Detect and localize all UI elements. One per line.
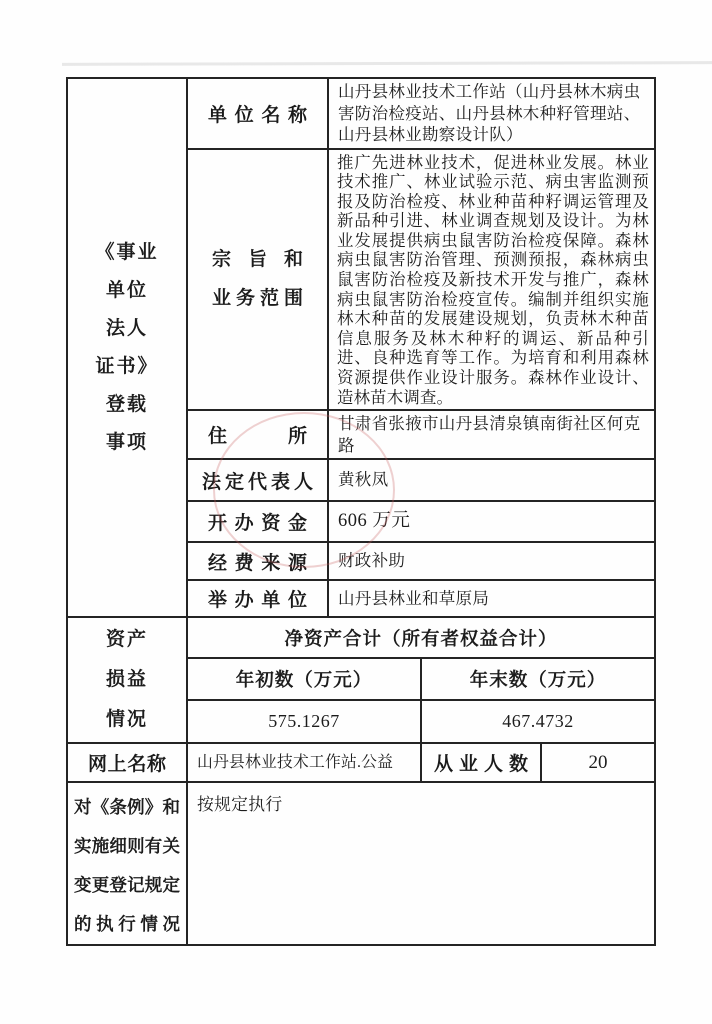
cert-section-label: 《事业 单位 法人 证书》 登载 事项	[67, 78, 187, 617]
registration-form-table: 《事业 单位 法人 证书》 登载 事项 单位名称 山丹县林业技术工作站（山丹县林…	[66, 77, 656, 946]
online-name-value: 山丹县林业技术工作站.公益	[187, 743, 421, 782]
compliance-label-line: 对《条例》和	[74, 788, 180, 827]
mission-label-line1: 宗旨和	[212, 240, 303, 279]
mission-label-line2: 业务范围	[212, 279, 303, 318]
cert-label-line: 事项	[68, 424, 186, 462]
legal-rep-value: 黄秋凤	[328, 459, 655, 501]
year-end-header: 年末数（万元）	[421, 658, 655, 700]
year-end-value: 467.4732	[421, 700, 655, 743]
unit-name-label: 单位名称	[187, 78, 328, 149]
net-assets-header: 净资产合计（所有者权益合计）	[187, 617, 655, 658]
mission-label: 宗旨和 业务范围	[187, 149, 328, 411]
address-value: 甘肃省张掖市山丹县清泉镇南街社区何克路	[328, 410, 655, 459]
funding-label: 经费来源	[187, 542, 328, 580]
legal-rep-label: 法定代表人	[187, 459, 328, 501]
year-begin-value: 575.1267	[187, 700, 421, 743]
compliance-value: 按规定执行	[187, 782, 655, 945]
compliance-section-label: 对《条例》和 实施细则有关 变更登记规定 的执行情况	[67, 782, 187, 945]
compliance-label-line: 的执行情况	[74, 905, 180, 944]
assets-label-line: 损益	[68, 660, 186, 700]
sponsor-value: 山丹县林业和草原局	[328, 580, 655, 617]
unit-name-value: 山丹县林业技术工作站（山丹县林木病虫害防治检疫站、山丹县林木种籽管理站、山丹县林…	[328, 78, 655, 149]
staff-count-value: 20	[541, 743, 655, 782]
scanned-document-page: 《事业 单位 法人 证书》 登载 事项 单位名称 山丹县林业技术工作站（山丹县林…	[0, 0, 712, 1024]
capital-value: 606 万元	[328, 501, 655, 542]
assets-label-line: 情况	[68, 700, 186, 740]
mission-value: 推广先进林业技术，促进林业发展。林业技术推广、林业试验示范、病虫害监测预报及防治…	[328, 149, 655, 411]
assets-label-line: 资产	[68, 620, 186, 660]
staff-count-label: 从业人数	[421, 743, 541, 782]
capital-label: 开办资金	[187, 501, 328, 542]
cert-label-line: 证书》	[68, 348, 186, 386]
year-begin-header: 年初数（万元）	[187, 658, 421, 700]
cert-label-line: 《事业	[68, 234, 186, 272]
online-name-label: 网上名称	[67, 743, 187, 782]
cert-label-line: 登载	[68, 386, 186, 424]
address-label: 住所	[187, 410, 328, 459]
scan-artifact-streak	[62, 61, 712, 66]
assets-section-label: 资产 损益 情况	[67, 617, 187, 743]
compliance-label-line: 变更登记规定	[74, 866, 180, 905]
cert-label-line: 法人	[68, 310, 186, 348]
sponsor-label: 举办单位	[187, 580, 328, 617]
compliance-label-line: 实施细则有关	[74, 827, 180, 866]
cert-label-line: 单位	[68, 272, 186, 310]
funding-value: 财政补助	[328, 542, 655, 580]
